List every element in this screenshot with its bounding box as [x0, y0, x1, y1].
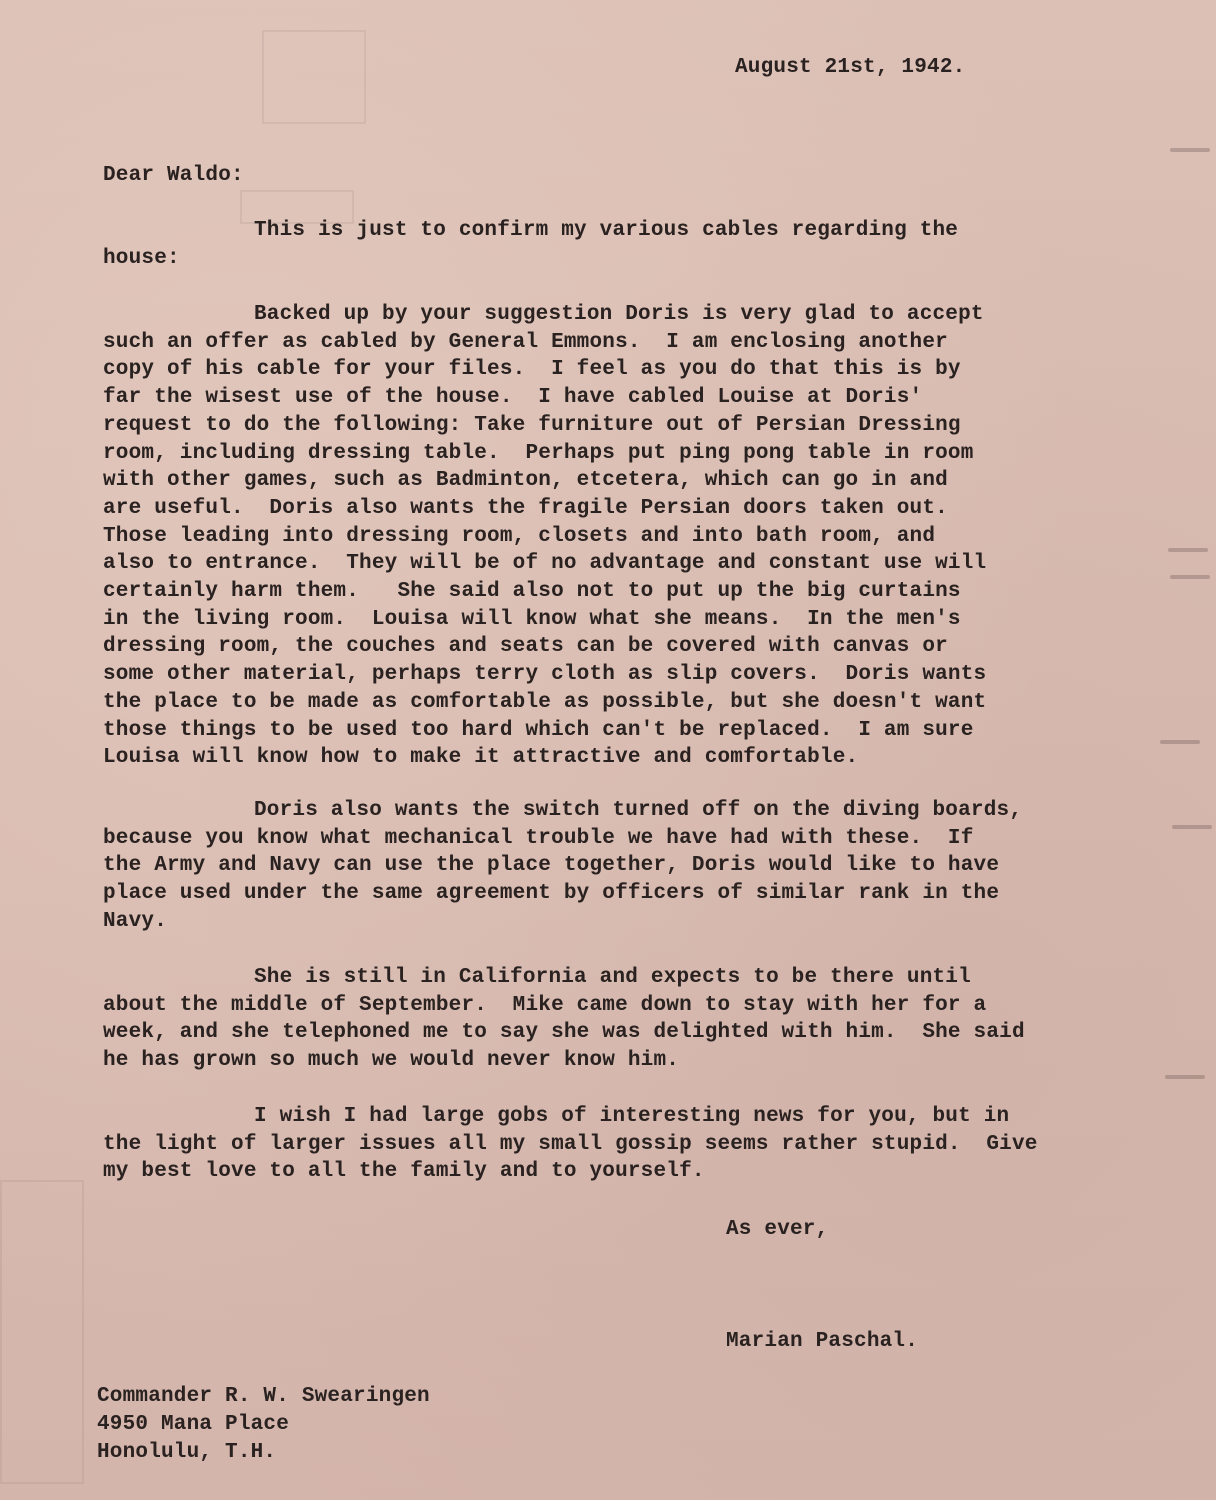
edge-smudge — [1160, 740, 1200, 744]
address-line-street: 4950 Mana Place — [97, 1411, 430, 1439]
signature: Marian Paschal. — [726, 1330, 918, 1353]
text-line: Backed up by your suggestion Doris is ve… — [103, 301, 1093, 329]
bleed-through-mark — [262, 30, 366, 124]
address-line-city: Honolulu, T.H. — [97, 1439, 430, 1467]
paragraph-5: I wish I had large gobs of interesting n… — [103, 1103, 1093, 1186]
address-line-name: Commander R. W. Swearingen — [97, 1383, 430, 1411]
text-line: my best love to all the family and to yo… — [103, 1158, 1093, 1186]
paragraph-4: She is still in California and expects t… — [103, 964, 1093, 1075]
salutation: Dear Waldo: — [103, 164, 244, 187]
text-line: far the wisest use of the house. I have … — [103, 384, 1093, 412]
text-line: copy of his cable for your files. I feel… — [103, 356, 1093, 384]
text-line: about the middle of September. Mike came… — [103, 992, 1093, 1020]
text-line: he has grown so much we would never know… — [103, 1047, 1093, 1075]
text-line: She is still in California and expects t… — [103, 964, 1093, 992]
text-line: I wish I had large gobs of interesting n… — [103, 1103, 1093, 1131]
text-line: dressing room, the couches and seats can… — [103, 633, 1093, 661]
edge-smudge — [1168, 548, 1208, 552]
text-line: those things to be used too hard which c… — [103, 717, 1093, 745]
text-line: house: — [103, 245, 1093, 273]
recipient-address: Commander R. W. Swearingen 4950 Mana Pla… — [97, 1383, 430, 1467]
text-line: the Army and Navy can use the place toge… — [103, 852, 1093, 880]
text-line: also to entrance. They will be of no adv… — [103, 550, 1093, 578]
text-line: such an offer as cabled by General Emmon… — [103, 329, 1093, 357]
text-line: place used under the same agreement by o… — [103, 880, 1093, 908]
closing: As ever, — [726, 1218, 828, 1241]
text-line: This is just to confirm my various cable… — [103, 217, 1093, 245]
paragraph-2: Backed up by your suggestion Doris is ve… — [103, 301, 1093, 772]
paragraph-3: Doris also wants the switch turned off o… — [103, 797, 1093, 936]
edge-smudge — [1170, 148, 1210, 152]
paragraph-1: This is just to confirm my various cable… — [103, 217, 1093, 272]
letter-page: August 21st, 1942. Dear Waldo: This is j… — [0, 0, 1216, 1500]
edge-smudge — [1165, 1075, 1205, 1079]
text-line: Louisa will know how to make it attracti… — [103, 744, 1093, 772]
text-line: the light of larger issues all my small … — [103, 1131, 1093, 1159]
text-line: because you know what mechanical trouble… — [103, 825, 1093, 853]
edge-smudge — [1172, 825, 1212, 829]
text-line: the place to be made as comfortable as p… — [103, 689, 1093, 717]
text-line: Navy. — [103, 908, 1093, 936]
text-line: Doris also wants the switch turned off o… — [103, 797, 1093, 825]
edge-smudge — [1170, 575, 1210, 579]
text-line: some other material, perhaps terry cloth… — [103, 661, 1093, 689]
text-line: certainly harm them. She said also not t… — [103, 578, 1093, 606]
letter-date: August 21st, 1942. — [735, 56, 965, 79]
text-line: request to do the following: Take furnit… — [103, 412, 1093, 440]
text-line: week, and she telephoned me to say she w… — [103, 1019, 1093, 1047]
bleed-through-mark — [0, 1180, 84, 1484]
text-line: in the living room. Louisa will know wha… — [103, 606, 1093, 634]
text-line: are useful. Doris also wants the fragile… — [103, 495, 1093, 523]
text-line: Those leading into dressing room, closet… — [103, 523, 1093, 551]
text-line: with other games, such as Badminton, etc… — [103, 467, 1093, 495]
text-line: room, including dressing table. Perhaps … — [103, 440, 1093, 468]
